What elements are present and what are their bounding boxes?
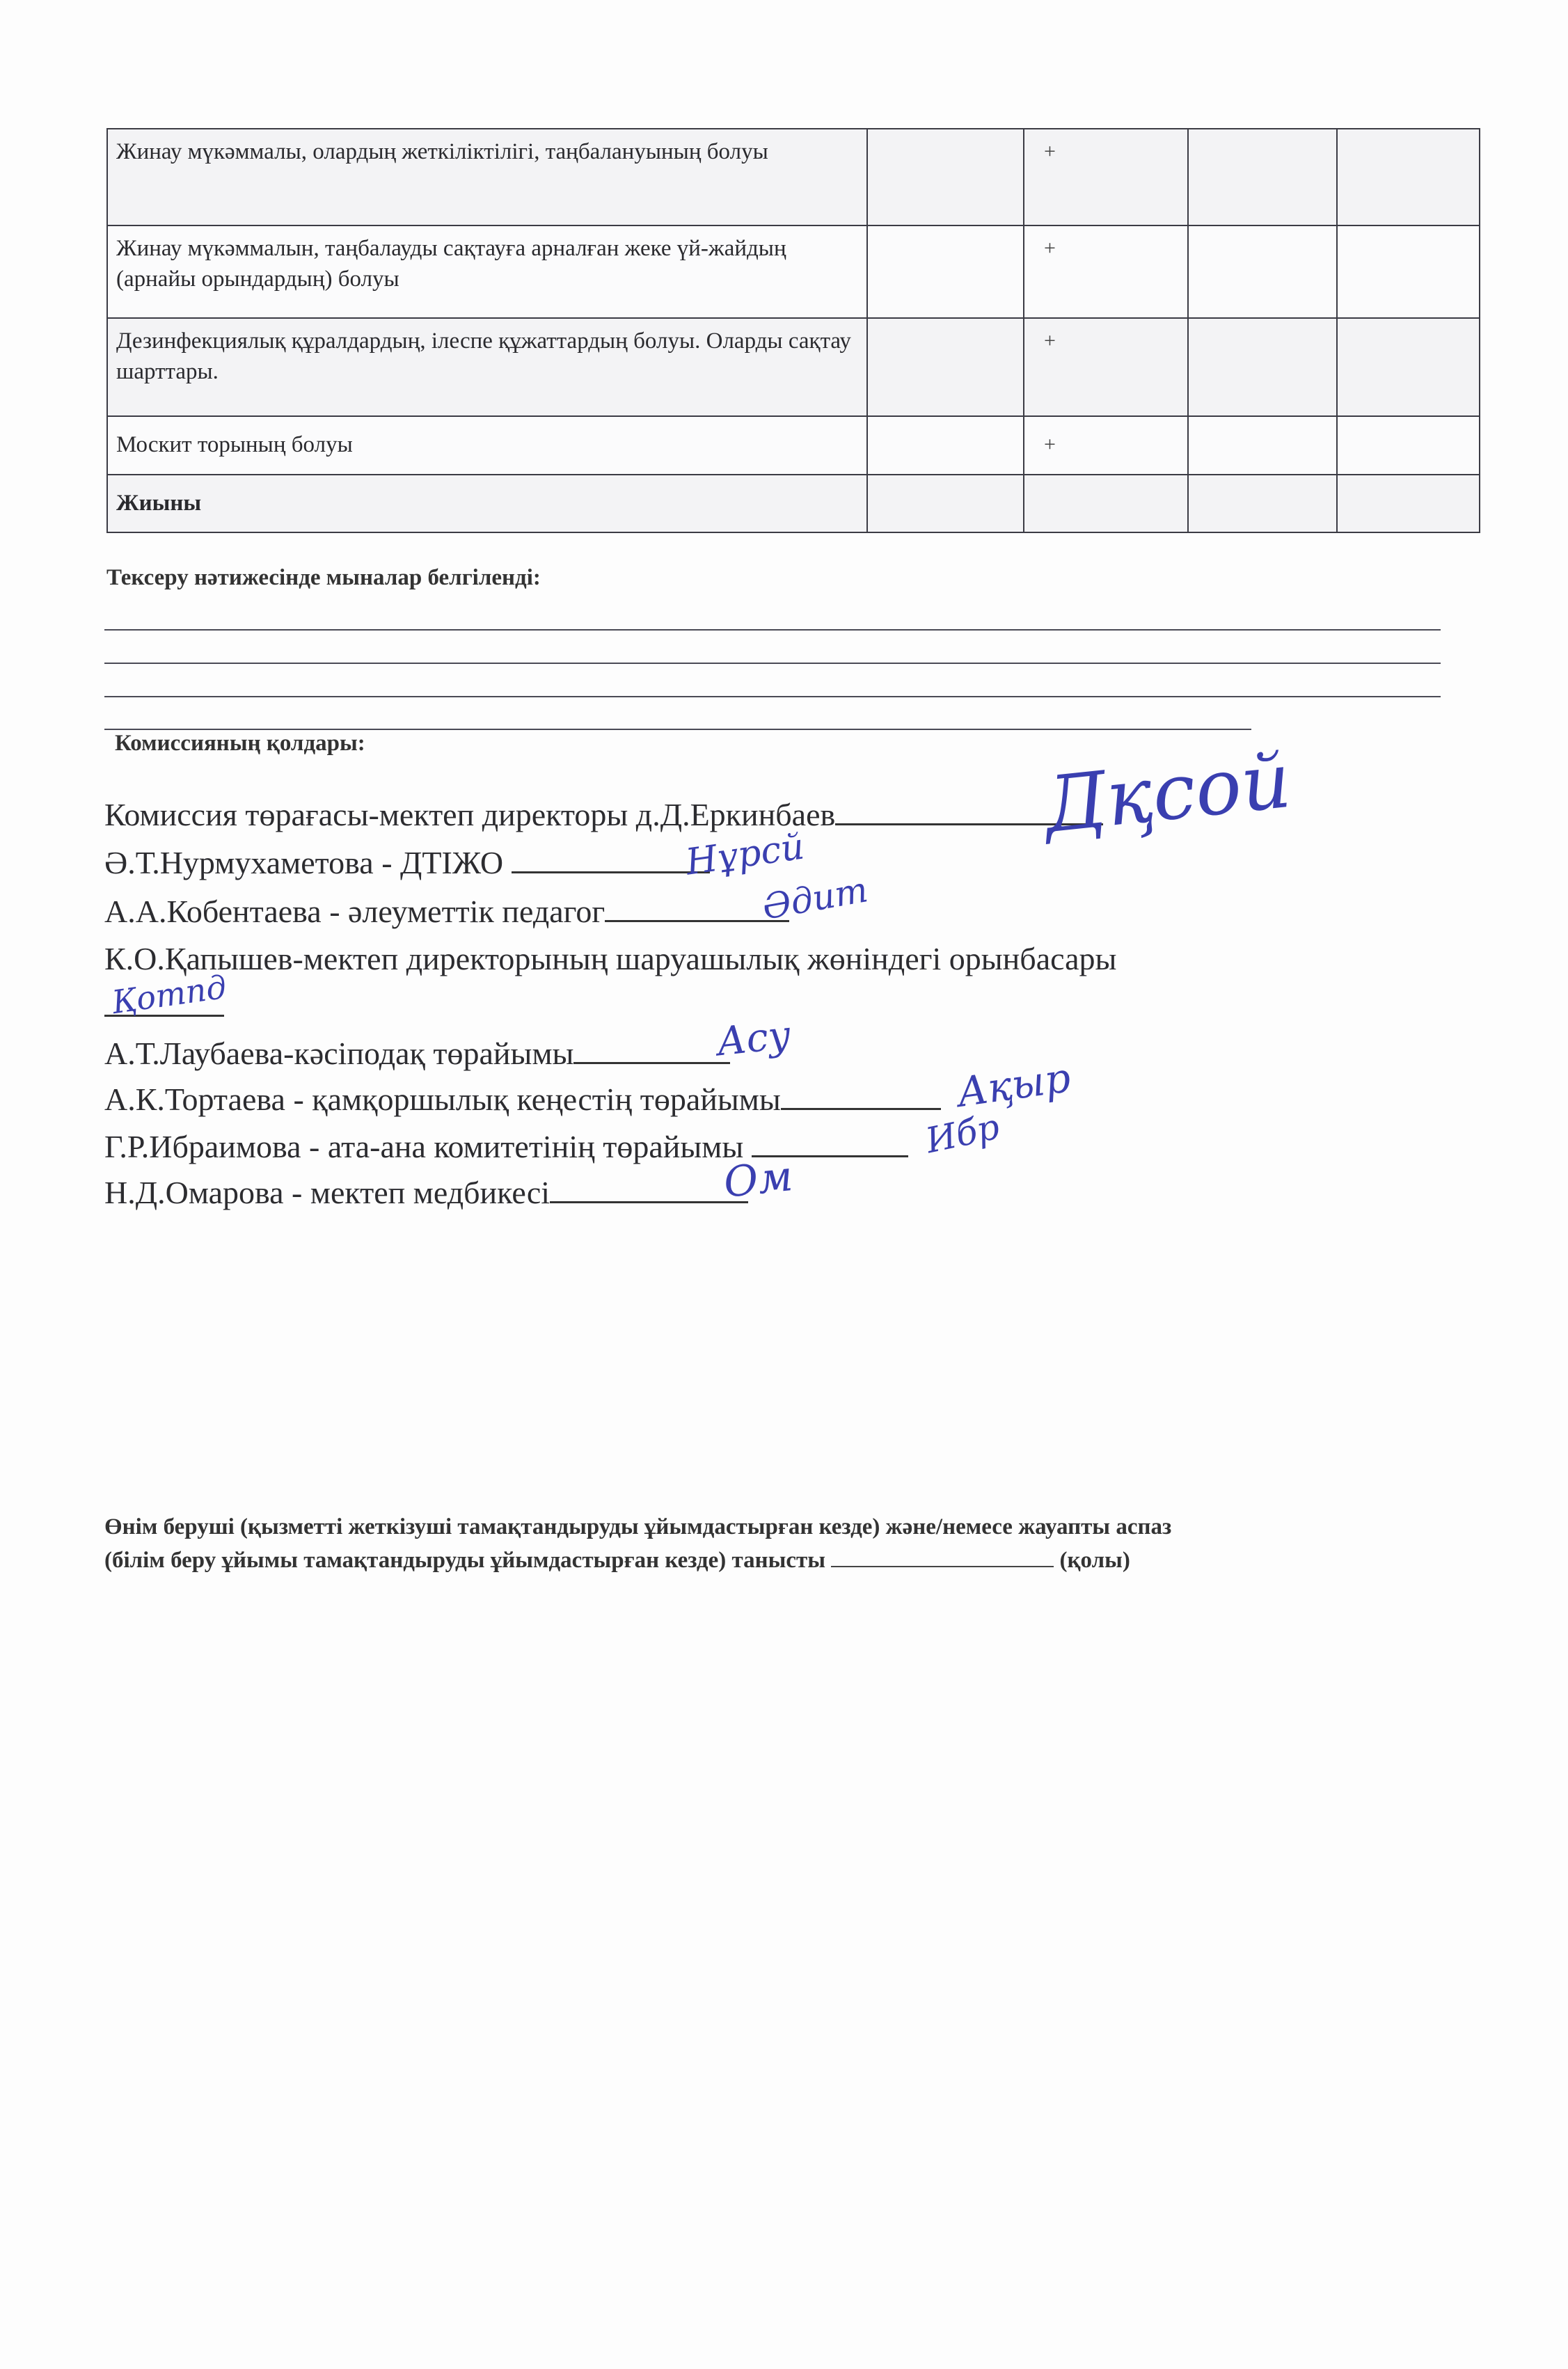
- table-cell: [1337, 318, 1480, 416]
- table-cell: [867, 416, 1024, 475]
- table-cell: [1024, 475, 1188, 532]
- plus-mark: +: [1024, 318, 1188, 416]
- signature-row: А.К.Тортаева - қамқоршылық кеңестің төра…: [104, 1080, 941, 1119]
- signature-blank[interactable]: [573, 1034, 730, 1064]
- table-row: Жинау мүкәммалын, таңбалауды сақтауға ар…: [107, 225, 1480, 318]
- findings-line[interactable]: [104, 696, 1441, 697]
- handwritten-signature: Ақыр: [954, 1054, 1073, 1116]
- signature-row: Н.Д.Омарова - мектеп медбикесі: [104, 1173, 748, 1212]
- signature-row-chair: Комиссия төрағасы-мектеп директоры д.Д.Е…: [104, 795, 1103, 834]
- signature-caption: (қолы): [1060, 1548, 1130, 1573]
- table-cell: [1188, 318, 1337, 416]
- member-text: Ә.Т.Нурмухаметова - ДТІЖО: [104, 845, 503, 880]
- table-cell: [867, 129, 1024, 225]
- table-cell: [1337, 129, 1480, 225]
- acknowledgement-signature-blank[interactable]: [831, 1546, 1054, 1567]
- table-row: Жинау мүкәммалы, олардың жеткіліктілігі,…: [107, 129, 1480, 225]
- signature-blank[interactable]: [512, 843, 710, 873]
- row-label: Москит торының болуы: [107, 416, 867, 475]
- acknowledgement-line-1: Өнім беруші (қызметті жеткізуші тамақтан…: [104, 1510, 1496, 1544]
- signature-row: А.Т.Лаубаева-кәсіподақ төрайымы: [104, 1034, 730, 1073]
- findings-line[interactable]: [104, 663, 1441, 664]
- table-cell: [1337, 416, 1480, 475]
- signature-blank[interactable]: [781, 1080, 941, 1110]
- plus-mark: +: [1024, 129, 1188, 225]
- member-text: А.К.Тортаева - қамқоршылық кеңестің төра…: [104, 1081, 781, 1117]
- signature-blank[interactable]: [550, 1173, 748, 1203]
- table-row-total: Жиыны: [107, 475, 1480, 532]
- row-label: Жинау мүкәммалы, олардың жеткіліктілігі,…: [107, 129, 867, 225]
- member-text: Комиссия төрағасы-мектеп директоры д.Д.Е…: [104, 797, 835, 832]
- acknowledgement-text: Өнім беруші (қызметті жеткізуші тамақтан…: [104, 1510, 1496, 1577]
- row-label: Дезинфекциялық құралдардың, ілеспе құжат…: [107, 318, 867, 416]
- signature-row: К.О.Қапышев-мектеп директорының шаруашыл…: [104, 940, 1116, 978]
- member-text: Н.Д.Омарова - мектеп медбикесі: [104, 1175, 550, 1210]
- acknowledgement-line-2: (білім беру ұйымы тамақтандыруды ұйымдас…: [104, 1544, 1496, 1577]
- handwritten-signature: Дқсой: [1040, 736, 1294, 850]
- table-cell: [867, 475, 1024, 532]
- signature-row: Ә.Т.Нурмухаметова - ДТІЖО: [104, 843, 710, 882]
- member-text: К.О.Қапышев-мектеп директорының шаруашыл…: [104, 941, 1116, 976]
- member-text: А.Т.Лаубаева-кәсіподақ төрайымы: [104, 1036, 573, 1071]
- signature-row: А.А.Кобентаева - әлеуметтік педагог: [104, 892, 789, 931]
- table-cell: [1188, 129, 1337, 225]
- table-row: Москит торының болуы +: [107, 416, 1480, 475]
- table-cell: [1188, 475, 1337, 532]
- table-row: Дезинфекциялық құралдардың, ілеспе құжат…: [107, 318, 1480, 416]
- handwritten-signature: Асу: [715, 1013, 793, 1065]
- plus-mark: +: [1024, 416, 1188, 475]
- row-label: Жинау мүкәммалын, таңбалауды сақтауға ар…: [107, 225, 867, 318]
- findings-line[interactable]: [104, 629, 1441, 631]
- member-text: А.А.Кобентаева - әлеуметтік педагог: [104, 894, 605, 929]
- table-cell: [867, 318, 1024, 416]
- table-cell: [1188, 416, 1337, 475]
- findings-heading: Тексеру нәтижесінде мыналар белгіленді:: [106, 565, 541, 591]
- table-cell: [867, 225, 1024, 318]
- table-cell: [1337, 475, 1480, 532]
- table-cell: [1188, 225, 1337, 318]
- plus-mark: +: [1024, 225, 1188, 318]
- findings-line[interactable]: [104, 729, 1251, 730]
- table-cell: [1337, 225, 1480, 318]
- checklist-table: Жинау мүкәммалы, олардың жеткіліктілігі,…: [106, 128, 1480, 533]
- handwritten-signature: Әдит: [759, 869, 871, 928]
- handwritten-signature: Ом: [722, 1152, 795, 1207]
- total-label: Жиыны: [107, 475, 867, 532]
- member-text: Г.Р.Ибраимова - ата-ана комитетінің төра…: [104, 1129, 743, 1164]
- signatures-heading: Комиссияның қолдары:: [115, 731, 365, 756]
